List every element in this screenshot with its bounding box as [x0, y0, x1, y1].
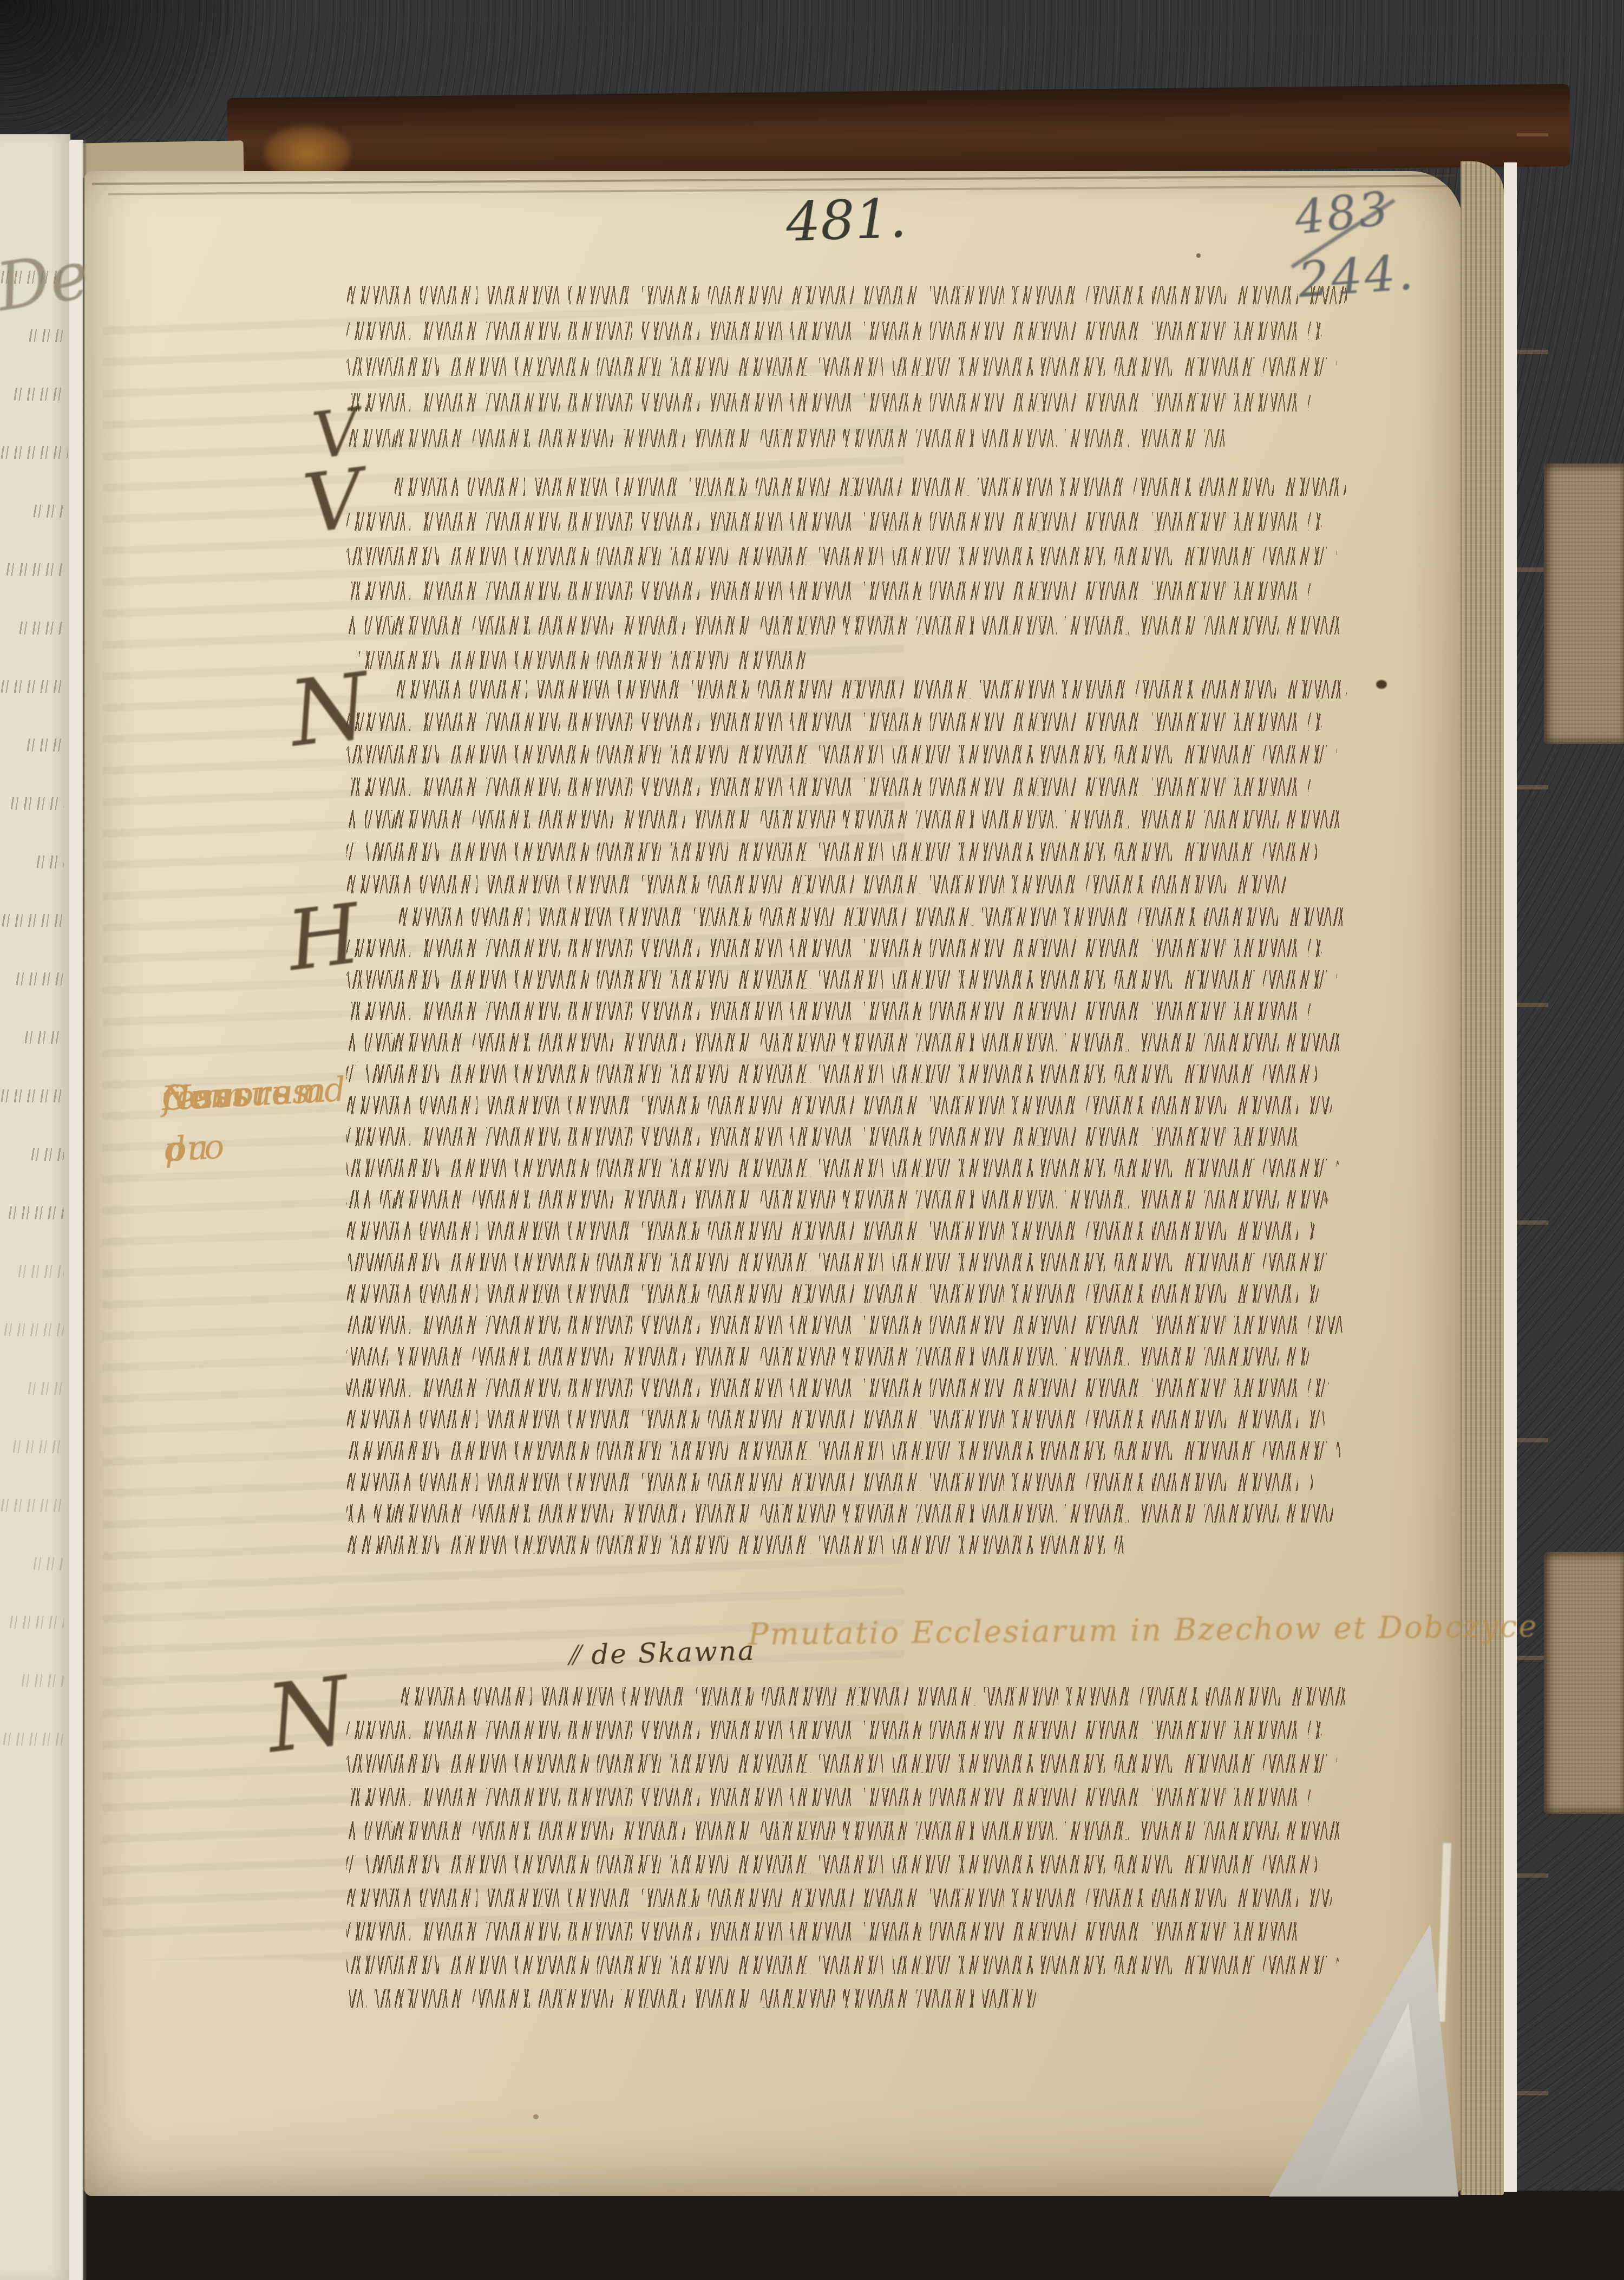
manuscript-line — [346, 512, 1322, 531]
facing-page-line-fragment — [9, 1616, 64, 1629]
manuscript-line — [346, 1821, 1342, 1840]
manuscript-line — [346, 1002, 1312, 1020]
manuscript-line — [346, 1096, 1332, 1114]
facing-page-line-fragment — [36, 855, 64, 868]
fore-edge-paper-strip — [1504, 162, 1517, 2192]
body-paragraph-entry-5: N — [346, 1687, 1347, 2023]
manuscript-line — [346, 1159, 1339, 1177]
facing-page-line-fragment — [30, 1148, 64, 1161]
facing-page-line-fragment — [1, 914, 64, 927]
manuscript-line — [346, 1033, 1342, 1051]
parchment-freckle — [1324, 1198, 1328, 1202]
manuscript-line — [346, 1956, 1339, 1974]
body-text-block: VNHNV — [346, 0, 1347, 2280]
manuscript-line — [346, 1754, 1337, 1773]
facing-page-line-fragment — [0, 446, 68, 459]
manuscript-line — [346, 1190, 1327, 1208]
manuscript-line — [346, 1347, 1309, 1366]
binding-strap — [1544, 1552, 1624, 1814]
ink-blot — [1376, 680, 1387, 689]
body-paragraph-entry-3: N — [346, 680, 1347, 907]
manuscript-line — [346, 286, 1347, 304]
manuscript-line — [346, 970, 1337, 989]
manuscript-line — [346, 547, 1337, 565]
facing-page-line-fragment — [26, 739, 64, 752]
manuscript-line — [346, 1536, 1127, 1554]
manuscript-line — [401, 1687, 1347, 1706]
manuscript-line — [346, 1504, 1333, 1523]
manuscript-line — [346, 1127, 1307, 1146]
manuscript-line — [346, 1316, 1344, 1334]
body-paragraph-entry-2: V — [346, 478, 1347, 685]
paragraph-initial: N — [262, 1664, 354, 1766]
manuscript-line — [346, 1379, 1329, 1397]
facing-page-line-fragment — [8, 1206, 64, 1219]
facing-page-line-fragment — [21, 1674, 64, 1687]
manuscript-line — [346, 713, 1322, 731]
margin-note-line: rium — [160, 1069, 247, 1124]
parchment-freckle — [1196, 253, 1201, 258]
facing-page-line-fragment — [32, 505, 64, 518]
facing-page-line-fragment — [2, 1733, 64, 1746]
manuscript-line — [398, 907, 1347, 926]
facing-page-line-fragment — [28, 329, 64, 342]
manuscript-line — [346, 1889, 1332, 1907]
manuscript-line — [346, 1253, 1335, 1271]
facing-page-line-fragment — [27, 1382, 64, 1395]
manuscript-line — [346, 778, 1312, 796]
manuscript-line — [346, 582, 1312, 600]
book-fore-edge — [1461, 161, 1504, 2195]
manuscript-line — [346, 393, 1312, 411]
facing-page-line-fragment — [5, 563, 64, 576]
facing-page-line-fragment — [32, 1557, 64, 1570]
facing-page-line-fragment — [13, 388, 64, 401]
facing-page-line-fragment — [17, 1265, 64, 1278]
manuscript-line — [346, 842, 1317, 861]
manuscript-line — [346, 429, 1227, 447]
binding-strap — [1544, 463, 1624, 744]
manuscript-line — [346, 1989, 1037, 2008]
body-paragraph-entry-4: H — [346, 907, 1347, 1567]
facing-page-line-fragment — [0, 680, 66, 693]
manuscript-line — [346, 810, 1342, 828]
manuscript-line — [346, 875, 1287, 893]
manuscript-line — [346, 651, 807, 669]
facing-page-text-fragments — [0, 271, 66, 2057]
manuscript-line — [346, 322, 1322, 340]
line-flourish: V — [309, 399, 363, 468]
manuscript-line — [346, 1473, 1313, 1491]
facing-page-line-fragment — [15, 972, 64, 985]
manuscript-line — [346, 1410, 1325, 1428]
manuscript-line — [394, 478, 1347, 496]
manuscript-line — [346, 1064, 1317, 1083]
parchment-freckle — [533, 2114, 539, 2119]
manuscript-line — [346, 1284, 1319, 1303]
manuscript-line — [346, 1855, 1317, 1873]
facing-page-line-fragment — [12, 1440, 64, 1453]
manuscript-line — [346, 1788, 1312, 1806]
manuscript-line — [346, 616, 1342, 635]
facing-page-line-fragment — [24, 1031, 64, 1044]
body-paragraph-entry-1 — [346, 286, 1347, 465]
manuscript-line — [346, 1721, 1322, 1739]
facing-page-line-fragment — [3, 1323, 64, 1336]
manuscript-line — [346, 745, 1337, 763]
paragraph-initial: N — [285, 662, 374, 760]
facing-page-fore-edge — [69, 140, 83, 2280]
paragraph-initial: H — [283, 892, 364, 983]
facing-page-line-fragment — [0, 271, 64, 284]
manuscript-line — [346, 1221, 1315, 1240]
facing-page-line-fragment — [18, 622, 64, 635]
manuscript-line — [346, 1922, 1307, 1941]
facing-page-line-fragment — [10, 797, 64, 810]
facing-page-line-fragment — [0, 1499, 67, 1512]
manuscript-line — [346, 939, 1322, 957]
manuscript-line — [346, 1441, 1341, 1460]
manuscript-photo: De 481. 483 244. Census ad pro fessores … — [0, 0, 1624, 2280]
facing-page-line-fragment — [0, 1089, 65, 1102]
manuscript-line — [396, 680, 1347, 698]
manuscript-line — [346, 357, 1337, 376]
binding-right-leather-edge — [1517, 133, 1548, 2193]
